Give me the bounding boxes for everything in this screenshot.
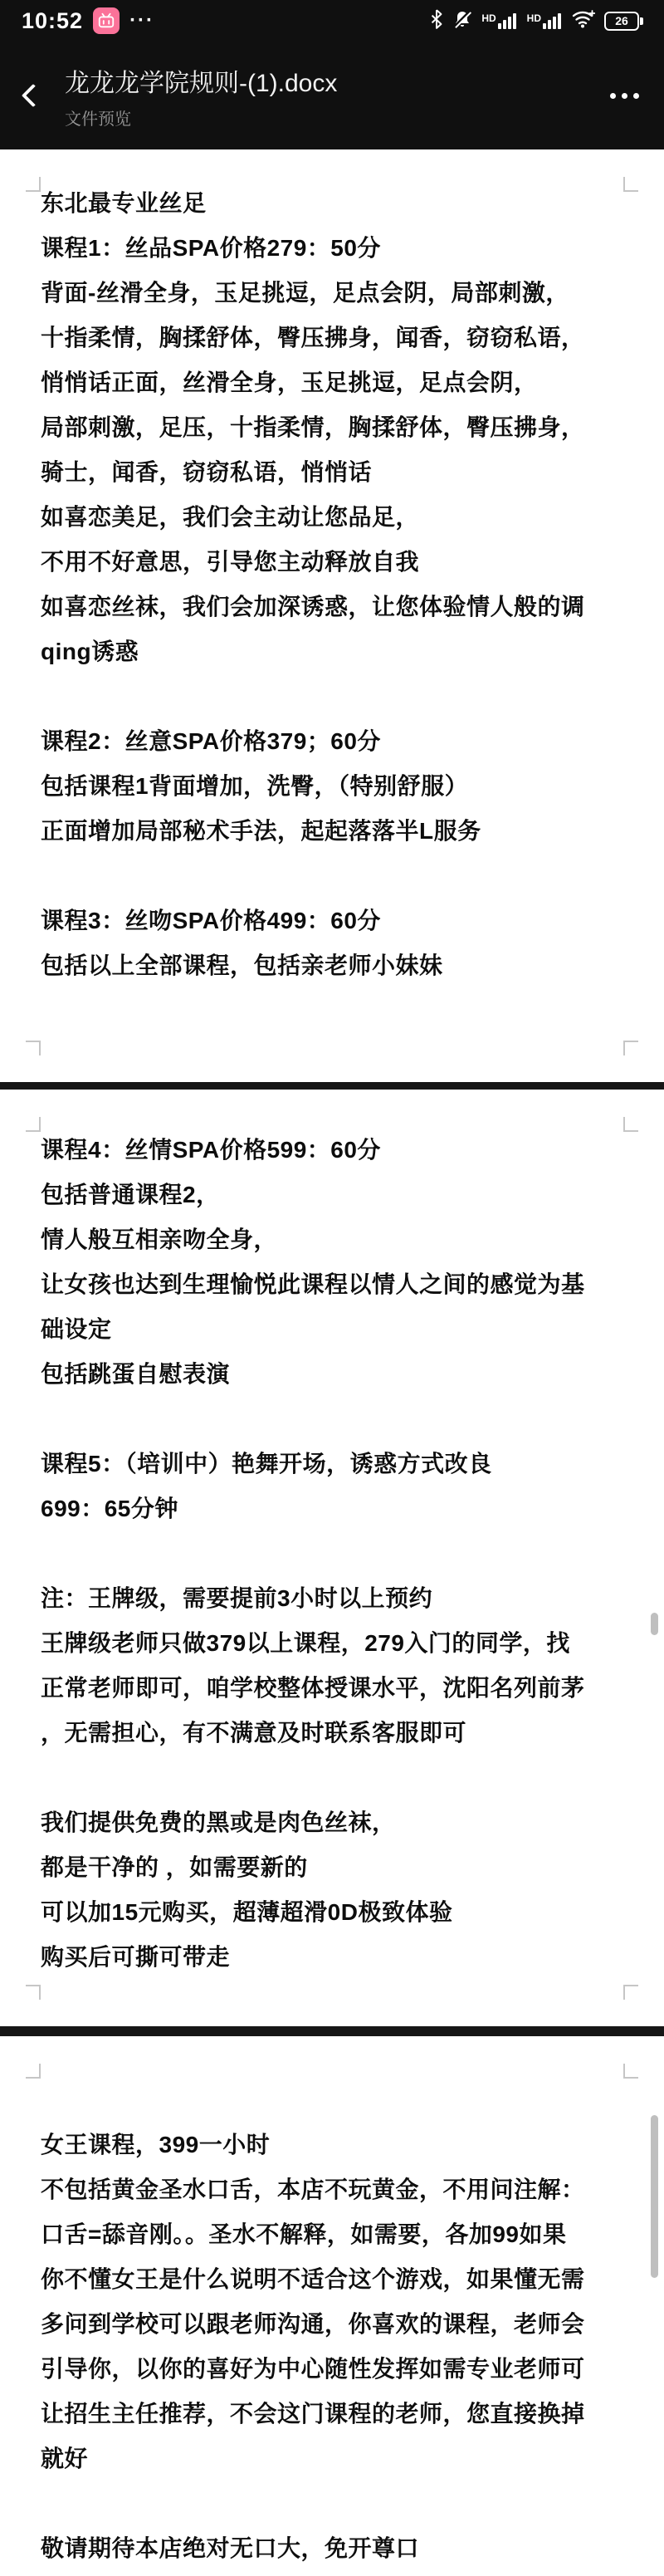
doc-line: 让招生主任推荐，不会这门课程的老师，您直接换掉: [41, 2392, 626, 2436]
page-corner-mark: [623, 1985, 638, 2000]
battery-icon: 26: [604, 12, 639, 31]
doc-line: 如喜恋美足，我们会主动让您品足，: [41, 495, 626, 540]
doc-page-2: 课程4：丝情SPA价格599：60分包括普通课程2，情人般互相亲吻全身，让女孩也…: [0, 1090, 664, 2026]
page-body: 课程4：丝情SPA价格599：60分包括普通课程2，情人般互相亲吻全身，让女孩也…: [0, 1090, 664, 1980]
doc-line: 多问到学校可以跟老师沟通，你喜欢的课程，老师会: [41, 2302, 626, 2347]
doc-line: [41, 1531, 626, 1576]
page-corner-mark: [623, 177, 638, 192]
status-bar-left: 10:52 ···: [22, 7, 154, 34]
bluetooth-icon: [430, 9, 443, 33]
doc-line: 口舌=舔音刚。。圣水不解释，如需要，各加99如果: [41, 2212, 626, 2257]
page-gap-separator: [0, 1082, 664, 1090]
back-button[interactable]: [20, 71, 56, 120]
more-dots-icon: [622, 93, 627, 99]
page-corner-mark: [26, 2064, 41, 2079]
doc-line: 包括以上全部课程，包括亲老师小妹妹: [41, 943, 626, 988]
doc-page-3: 女王课程，399一小时不包括黄金圣水口舌，本店不玩黄金，不用问注解：口舌=舔音刚…: [0, 2036, 664, 2576]
wifi-plus-icon: [572, 9, 595, 33]
doc-line: 课程2：丝意SPA价格379；60分: [41, 719, 626, 764]
doc-line: 可以加15元购买，超薄超滑0D极致体验: [41, 1890, 626, 1935]
doc-line: 王牌级老师只做379以上课程，279入门的同学，找: [41, 1621, 626, 1666]
document-title: 龙龙龙学院规则-(1).docx: [65, 62, 605, 99]
doc-line: 悄悄话正面，丝滑全身，玉足挑逗，足点会阴，: [41, 360, 626, 405]
doc-line: 础设定: [41, 1307, 626, 1352]
doc-line: 如喜恋丝袜，我们会加深诱惑，让您体验情人般的调: [41, 585, 626, 629]
doc-line: 背面-丝滑全身，玉足挑逗，足点会阴，局部刺激，: [41, 271, 626, 316]
doc-line: 包括普通课程2，: [41, 1173, 626, 1217]
doc-line: qing诱惑: [41, 629, 626, 674]
sim1-signal-icon: HD: [481, 12, 517, 29]
doc-line: 课程4：丝情SPA价格599：60分: [41, 1128, 626, 1173]
clock: 10:52: [22, 8, 83, 34]
hd-badge: HD: [481, 14, 496, 22]
doc-line: 让女孩也达到生理愉悦此课程以情人之间的感觉为基: [41, 1262, 626, 1307]
scrollbar-thumb[interactable]: [651, 1613, 658, 1635]
app-header: 龙龙龙学院规则-(1).docx 文件预览: [0, 42, 664, 149]
page-corner-mark: [26, 177, 41, 192]
chevron-left-icon: [22, 84, 45, 107]
page-corner-mark: [26, 1041, 41, 1055]
page-corner-mark: [26, 1117, 41, 1132]
page-corner-mark: [623, 1041, 638, 1055]
document-preview: 东北最专业丝足课程1：丝品SPA价格279：50分背面-丝滑全身，玉足挑逗，足点…: [0, 149, 664, 2576]
mute-bell-icon: [452, 9, 472, 33]
header-text-block: 龙龙龙学院规则-(1).docx 文件预览: [65, 62, 605, 130]
doc-line: 敬请期待本店绝对无口大，免开尊口: [41, 2526, 626, 2571]
doc-line: 购买后可撕可带走: [41, 1935, 626, 1980]
scrollbar-thumb[interactable]: [651, 2115, 658, 2278]
doc-line: 包括跳蛋自慰表演: [41, 1352, 626, 1397]
more-menu-button[interactable]: [605, 85, 644, 107]
page-corner-mark: [623, 2064, 638, 2079]
doc-line: 东北最专业丝足: [41, 181, 626, 226]
page-body: 女王课程，399一小时不包括黄金圣水口舌，本店不玩黄金，不用问注解：口舌=舔音刚…: [0, 2036, 664, 2571]
status-bar: 10:52 ···: [0, 0, 664, 42]
doc-line: 你不懂女王是什么说明不适合这个游戏，如果懂无需: [41, 2257, 626, 2302]
doc-line: [41, 2078, 626, 2123]
doc-line: 骑士，闻香，窃窃私语，悄悄话: [41, 450, 626, 495]
doc-line: [41, 2481, 626, 2526]
doc-line: 课程1：丝品SPA价格279：50分: [41, 226, 626, 271]
doc-line: [41, 674, 626, 719]
doc-line: 课程5：（培训中）艳舞开场，诱惑方式改良: [41, 1442, 626, 1486]
page-corner-mark: [623, 1117, 638, 1132]
doc-line: [41, 1397, 626, 1442]
page-subtitle: 文件预览: [65, 105, 605, 130]
doc-line: 局部刺激，足压，十指柔情，胸揉舒体，臀压拂身，: [41, 405, 626, 450]
doc-line: 女王课程，399一小时: [41, 2123, 626, 2167]
doc-line: 不包括黄金圣水口舌，本店不玩黄金，不用问注解：: [41, 2167, 626, 2212]
doc-line: ，无需担心，有不满意及时联系客服即可: [41, 1711, 626, 1756]
more-dots-icon: [633, 93, 639, 99]
sim2-signal-icon: HD: [527, 12, 563, 29]
doc-page-1: 东北最专业丝足课程1：丝品SPA价格279：50分背面-丝滑全身，玉足挑逗，足点…: [0, 149, 664, 1082]
status-bar-right: HD HD: [430, 9, 642, 33]
doc-line: 课程3：丝吻SPA价格499：60分: [41, 899, 626, 943]
doc-line: 引导你，以你的喜好为中心随性发挥如需专业老师可: [41, 2347, 626, 2392]
page-body: 东北最专业丝足课程1：丝品SPA价格279：50分背面-丝滑全身，玉足挑逗，足点…: [0, 149, 664, 988]
phone-screen: 10:52 ···: [0, 0, 664, 2576]
doc-line: 不用不好意思，引导您主动释放自我: [41, 540, 626, 585]
doc-line: 正面增加局部秘术手法，起起落落半L服务: [41, 809, 626, 854]
doc-line: 699：65分钟: [41, 1486, 626, 1531]
doc-line: 就好: [41, 2436, 626, 2481]
more-dots-icon: [610, 93, 616, 99]
hd-badge: HD: [527, 14, 541, 22]
notification-overflow-icon: ···: [129, 17, 154, 25]
doc-line: [41, 1756, 626, 1800]
doc-line: 情人般互相亲吻全身，: [41, 1217, 626, 1262]
doc-line: 注：王牌级，需要提前3小时以上预约: [41, 1576, 626, 1621]
doc-line: [41, 854, 626, 899]
bilibili-app-icon: [93, 7, 120, 34]
page-gap-separator: [0, 2026, 664, 2036]
doc-line: 十指柔情，胸揉舒体，臀压拂身，闻香，窃窃私语，: [41, 316, 626, 360]
doc-line: 包括课程1背面增加，洗臀，（特别舒服）: [41, 764, 626, 809]
doc-line: 我们提供免费的黑或是肉色丝袜，: [41, 1800, 626, 1845]
doc-line: 都是干净的 ，如需要新的: [41, 1845, 626, 1890]
page-corner-mark: [26, 1985, 41, 2000]
doc-line: 正常老师即可，咱学校整体授课水平，沈阳名列前茅: [41, 1666, 626, 1711]
